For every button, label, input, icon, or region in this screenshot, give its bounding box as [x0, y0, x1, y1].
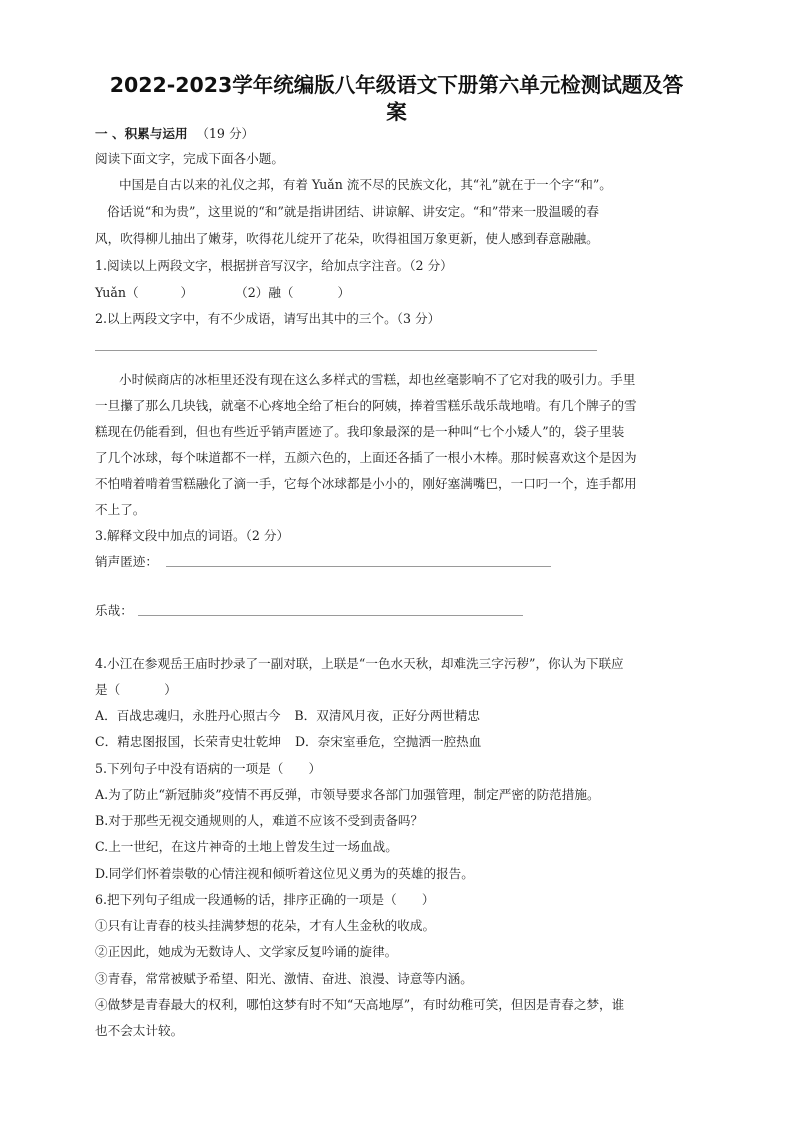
question-5-stem: 5.下列句子中没有语病的一项是（ ） — [95, 761, 321, 777]
q4-option-c[interactable]: C．精忠图报国，长荣青史壮乾坤 — [95, 734, 281, 749]
q6-sentence-2: ②正因此，她成为无数诗人、文学家反复吟诵的旋律。 — [95, 944, 397, 960]
section-heading: 一 、积累与运用 （19 分） — [95, 126, 254, 142]
q4-option-d[interactable]: D．奈宋室垂危，空抛洒一腔热血 — [295, 734, 481, 749]
q4-stem-cont: 是（ — [95, 682, 120, 697]
q3-term1-label: 销声匿迹： — [95, 554, 158, 569]
q4-options-row1: A．百战忠魂归，永胜丹心照古今B．双清风月夜，正好分两世精忠 — [95, 708, 480, 724]
title-line-1: 2022-2023学年统编版八年级语文下册第六单元检测试题及答 — [90, 72, 703, 99]
q1-item2-label: （2）融（ — [235, 285, 293, 300]
section-title: 一 、积累与运用 — [95, 126, 188, 141]
q2-answer-line[interactable] — [95, 350, 597, 351]
exam-page: 2022-2023学年统编版八年级语文下册第六单元检测试题及答 案 一 、积累与… — [0, 0, 793, 1122]
passage1-para2-line2: 风，吹得柳儿抽出了嫩芽，吹得花儿绽开了花朵，吹得祖国万象更新，使人感到春意融融。 — [95, 231, 599, 247]
q6-sentence-4-cont: 也不会太计较。 — [95, 1023, 183, 1039]
question-6-stem: 6.把下列句子组成一段通畅的话，排序正确的一项是（ ） — [95, 892, 434, 908]
question-4-stem-line1: 4.小江在参观岳王庙时抄录了一副对联，上联是“一色水天秋，却难洗三字污秽”，你认… — [95, 656, 624, 672]
title-line-2: 案 — [90, 99, 703, 126]
q3-term1-row: 销声匿迹： — [95, 554, 158, 570]
q3-term2-label: 乐哉： — [95, 603, 133, 618]
q5-option-c[interactable]: C.上一世纪，在这片神奇的土地上曾发生过一场血战。 — [95, 839, 398, 855]
q3-term2-answer-line[interactable] — [138, 615, 523, 616]
q5-option-a[interactable]: A.为了防止“新冠肺炎”疫情不再反弹，市领导要求各部门加强管理，制定严密的防范措… — [95, 787, 600, 803]
passage2-line-1: 小时候商店的冰柜里还没有现在这么多样式的雪糕，却也丝毫影响不了它对我的吸引力。手… — [119, 372, 635, 388]
question-1-stem: 1.阅读以上两段文字，根据拼音写汉字，给加点字注音。（2 分） — [95, 258, 453, 274]
q5-option-d[interactable]: D.同学们怀着崇敬的心情注视和倾听着这位见义勇为的英雄的报告。 — [95, 866, 474, 882]
q3-term2-row: 乐哉： — [95, 603, 133, 619]
passage2-line-5: 不怕啃着啃着雪糕融化了滴一手，它每个冰球都是小小的，刚好塞满嘴巴，一口叼一个，连… — [95, 476, 637, 492]
q4-option-a[interactable]: A．百战忠魂归，永胜丹心照古今 — [95, 708, 280, 723]
page-title: 2022-2023学年统编版八年级语文下册第六单元检测试题及答 案 — [90, 72, 703, 126]
q1-item1-label: Yuǎn（ — [95, 285, 139, 300]
question-1-items: Yuǎn（）（2）融（） — [95, 285, 350, 301]
q4-option-b[interactable]: B．双清风月夜，正好分两世精忠 — [294, 708, 480, 723]
q5-option-b[interactable]: B.对于那些无视交通规则的人，难道不应该不受到责备吗？ — [95, 813, 423, 829]
q6-sentence-1: ①只有让青春的枝头挂满梦想的花朵，才有人生金秋的收成。 — [95, 918, 435, 934]
passage2-line-2: 一旦攥了那么几块钱，就毫不心疼地全给了柜台的阿姨，捧着雪糕乐哉乐哉地啃。有几个牌… — [95, 398, 637, 414]
question-2-stem: 2.以上两段文字中，有不少成语，请写出其中的三个。（3 分） — [95, 311, 440, 327]
q4-options-row2: C．精忠图报国，长荣青史壮乾坤D．奈宋室垂危，空抛洒一腔热血 — [95, 734, 481, 750]
q1-item2-close: ） — [338, 285, 351, 300]
passage2-line-6: 不上了。 — [95, 502, 145, 518]
instruction-text: 阅读下面文字，完成下面各小题。 — [95, 151, 284, 167]
passage2-line-4: 了几个冰球，每个味道都不一样，五颜六色的，上面还各插了一根小木棒。那时候喜欢这个… — [95, 450, 637, 466]
question-4-stem-line2: 是（） — [95, 682, 177, 698]
passage2-line-3: 糕现在仍能看到，但也有些近乎销声匿迹了。我印象最深的是一种叫“七个小矮人”的，袋… — [95, 424, 624, 440]
q1-item1-close: ） — [181, 285, 194, 300]
q3-term1-answer-line[interactable] — [166, 566, 551, 567]
q6-sentence-3: ③青春，常常被赋予希望、阳光、激情、奋进、浪漫、诗意等内涵。 — [95, 971, 473, 987]
passage1-para2-line1: 俗话说“和为贵”，这里说的“和”就是指讲团结、讲谅解、讲安定。“和”带来一股温暖… — [107, 204, 599, 220]
q4-stem-close: ） — [164, 682, 177, 697]
passage1-para1: 中国是自古以来的礼仪之邦，有着 Yuǎn 流不尽的民族文化，其“礼”就在于一个字… — [119, 177, 612, 193]
section-score: （19 分） — [196, 126, 254, 141]
q6-sentence-4: ④做梦是青春最大的权利，哪怕这梦有时不知“天高地厚”，有时幼稚可笑，但因是青春之… — [95, 997, 624, 1013]
question-3-stem: 3.解释文段中加点的词语。（2 分） — [95, 528, 289, 544]
